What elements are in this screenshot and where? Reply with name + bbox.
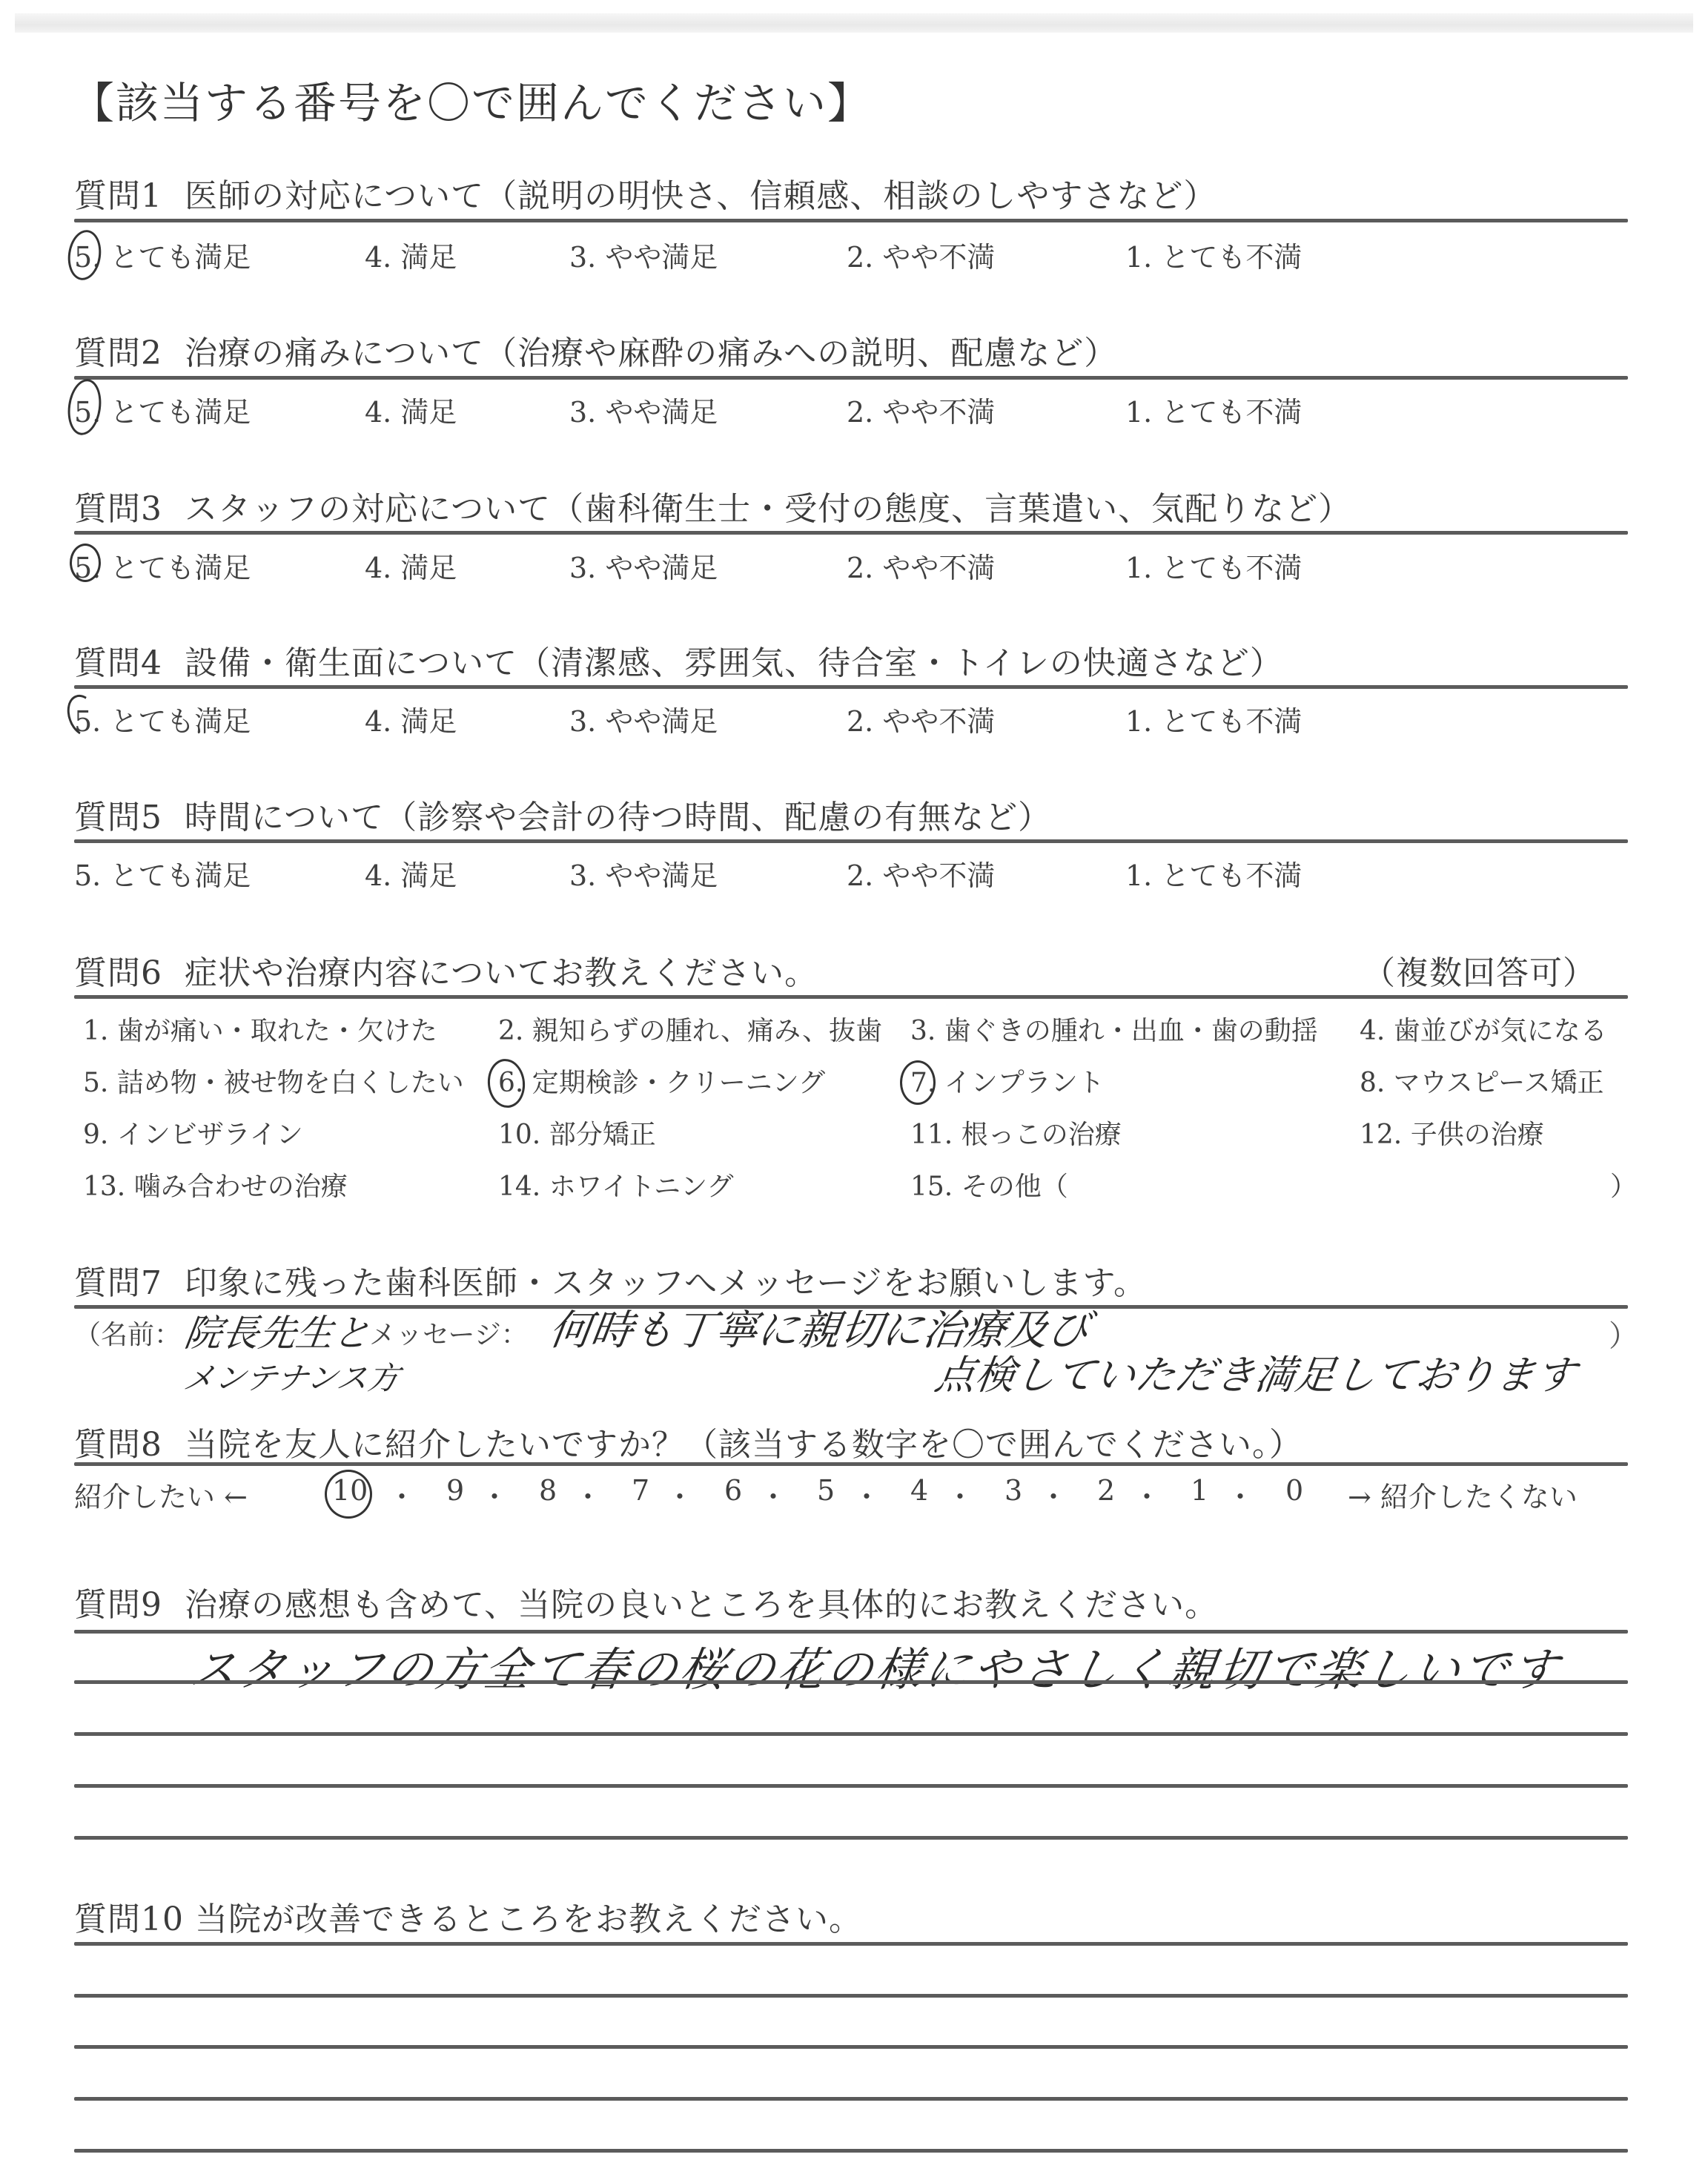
scale-3[interactable]: 3 (1004, 1474, 1022, 1507)
scale-dot: ・ (480, 1474, 509, 1515)
question-2-rule (74, 376, 1628, 380)
scale-8[interactable]: 8 (539, 1474, 557, 1507)
answer-line (74, 1784, 1628, 1788)
option-5[interactable]: 5. とても満足 (74, 698, 251, 739)
name-handwritten-line2[interactable]: メンテナンス方 (181, 1354, 403, 1398)
q6-item-11[interactable]: 11. 根っこの治療 (910, 1114, 1122, 1152)
option-3[interactable]: 3. やや満足 (569, 234, 718, 275)
scale-right-label: → 紹介したくない (1348, 1474, 1578, 1515)
option-3[interactable]: 3. やや満足 (569, 545, 718, 586)
question-7-heading: 質問7 印象に残った歯科医師・スタッフへメッセージをお願いします。 (74, 1256, 1147, 1304)
question-text: 症状や治療内容についてお教えください。 (185, 954, 818, 992)
q6-item-10[interactable]: 10. 部分矯正 (498, 1114, 656, 1152)
message-label: メッセージ： (369, 1314, 528, 1352)
option-3[interactable]: 3. やや満足 (569, 698, 718, 739)
question-2-heading: 質問2 治療の痛みについて（治療や麻酔の痛みへの説明、配慮など） (74, 326, 1117, 374)
q6-item-5[interactable]: 5. 詰め物・被せ物を白くしたい (83, 1062, 464, 1100)
option-3[interactable]: 3. やや満足 (569, 389, 718, 430)
question-label: 質問6 (74, 954, 162, 992)
option-1[interactable]: 1. とても不満 (1125, 853, 1302, 894)
question-4-heading: 質問4 設備・衛生面について（清潔感、雰囲気、待合室・トイレの快適さなど） (74, 636, 1283, 684)
q6-item-4[interactable]: 4. 歯並びが気になる (1360, 1010, 1607, 1048)
q6-item-6[interactable]: 6. 定期検診・クリーニング (498, 1062, 825, 1100)
question-text: 当院が改善できるところをお教えください。 (195, 1900, 862, 1938)
q6-item-1[interactable]: 1. 歯が痛い・取れた・欠けた (83, 1010, 437, 1048)
question-text: 設備・衛生面について（清潔感、雰囲気、待合室・トイレの快適さなど） (185, 644, 1283, 682)
q6-item-15-other[interactable]: 15. その他（ (910, 1166, 1068, 1203)
question-3-rule (74, 531, 1628, 535)
answer-line (74, 1994, 1628, 1998)
option-2[interactable]: 2. やや不満 (847, 698, 995, 739)
q6-item-14[interactable]: 14. ホワイトニング (498, 1166, 733, 1203)
option-2[interactable]: 2. やや不満 (847, 853, 995, 894)
question-text: スタッフの対応について（歯科衛生士・受付の態度、言葉遣い、気配りなど） (185, 490, 1351, 528)
scale-dot: ・ (1133, 1474, 1161, 1515)
option-1[interactable]: 1. とても不満 (1125, 545, 1302, 586)
question-6-heading: 質問6 症状や治療内容についてお教えください。 (74, 946, 818, 994)
scale-4[interactable]: 4 (910, 1474, 928, 1507)
option-3[interactable]: 3. やや満足 (569, 853, 718, 894)
scale-dot: ・ (388, 1474, 416, 1515)
message-handwritten-line2[interactable]: 点検していただき満足しております (932, 1344, 1580, 1401)
q6-item-9[interactable]: 9. インビザライン (83, 1114, 303, 1152)
q6-item-2[interactable]: 2. 親知らずの腫れ、痛み、抜歯 (498, 1010, 882, 1048)
option-1[interactable]: 1. とても不満 (1125, 698, 1302, 739)
q9-handwritten-answer[interactable]: スタッフの方全て春の桜の花の様にやさしく親切で楽しいです (187, 1633, 1566, 1699)
question-text: 治療の感想も含めて、当院の良いところを具体的にお教えください。 (185, 1586, 1218, 1624)
option-5[interactable]: 5. とても満足 (74, 853, 251, 894)
question-9-heading: 質問9 治療の感想も含めて、当院の良いところを具体的にお教えください。 (74, 1578, 1218, 1625)
q6-other-close-paren: ） (1610, 1166, 1637, 1203)
selection-circle-icon (900, 1060, 936, 1105)
option-1[interactable]: 1. とても不満 (1125, 389, 1302, 430)
question-label: 質問1 (74, 177, 162, 215)
q6-item-13[interactable]: 13. 噛み合わせの治療 (83, 1166, 348, 1203)
scale-dot: ・ (1039, 1474, 1067, 1515)
q6-item-12[interactable]: 12. 子供の治療 (1360, 1114, 1544, 1152)
answer-line (74, 2097, 1628, 2101)
scale-dot: ・ (946, 1474, 974, 1515)
answer-line (74, 2149, 1628, 2153)
option-4[interactable]: 4. 満足 (365, 698, 457, 739)
q7-close-paren: ） (1609, 1312, 1638, 1355)
scale-6[interactable]: 6 (724, 1474, 742, 1507)
option-4[interactable]: 4. 満足 (365, 545, 457, 586)
answer-line (74, 2045, 1628, 2049)
scale-dot: ・ (574, 1474, 602, 1515)
scale-dot: ・ (666, 1474, 694, 1515)
question-5-rule (74, 839, 1628, 843)
question-label: 質問8 (74, 1426, 162, 1464)
question-8-rule (74, 1462, 1628, 1466)
question-label: 質問10 (74, 1900, 184, 1938)
option-4[interactable]: 4. 満足 (365, 853, 457, 894)
instruction-title: 【該当する番号を〇で囲んでください】 (71, 68, 872, 131)
scale-5[interactable]: 5 (817, 1474, 835, 1507)
q6-item-7[interactable]: 7. インプラント (910, 1062, 1105, 1100)
option-4[interactable]: 4. 満足 (365, 389, 457, 430)
scale-2[interactable]: 2 (1097, 1474, 1115, 1507)
option-4[interactable]: 4. 満足 (365, 234, 457, 275)
question-6-rule (74, 995, 1628, 999)
selection-circle-icon (70, 544, 101, 582)
question-4-rule (74, 685, 1628, 689)
question-1-rule (74, 219, 1628, 222)
answer-line (74, 1680, 1628, 1684)
question-label: 質問2 (74, 334, 162, 372)
option-2[interactable]: 2. やや不満 (847, 389, 995, 430)
scale-dot: ・ (759, 1474, 787, 1515)
name-label: （名前： (74, 1314, 181, 1352)
scale-dot: ・ (853, 1474, 881, 1515)
recommend-scale: 紹介したい ← 10 ・ 9 ・ 8 ・ 7 ・ 6 ・ 5 ・ 4 ・ 3 ・… (74, 1474, 1631, 1519)
multiple-answers-note: （複数回答可） (1363, 946, 1596, 994)
scale-0[interactable]: 0 (1285, 1474, 1303, 1507)
question-1-heading: 質問1 医師の対応について（説明の明快さ、信頼感、相談のしやすさなど） (74, 169, 1217, 217)
scale-dot: ・ (1226, 1474, 1254, 1515)
scan-top-edge (15, 13, 1693, 33)
answer-line (74, 1836, 1628, 1840)
question-text: 時間について（診察や会計の待つ時間、配慮の有無など） (185, 799, 1051, 836)
question-label: 質問5 (74, 799, 162, 836)
question-3-heading: 質問3 スタッフの対応について（歯科衛生士・受付の態度、言葉遣い、気配りなど） (74, 482, 1351, 529)
question-10-heading: 質問10 当院が改善できるところをお教えください。 (74, 1892, 862, 1940)
scale-9[interactable]: 9 (446, 1474, 464, 1507)
question-label: 質問9 (74, 1586, 162, 1624)
question-text: 当院を友人に紹介したいですか？（該当する数字を〇で囲んでください。） (185, 1426, 1302, 1464)
selection-circle-icon (325, 1470, 372, 1519)
scale-7[interactable]: 7 (632, 1474, 649, 1507)
question-5-heading: 質問5 時間について（診察や会計の待つ時間、配慮の有無など） (74, 790, 1051, 838)
option-2[interactable]: 2. やや不満 (847, 234, 995, 275)
question-text: 医師の対応について（説明の明快さ、信頼感、相談のしやすさなど） (185, 177, 1217, 215)
scale-1[interactable]: 1 (1191, 1474, 1208, 1507)
question-label: 質問4 (74, 644, 162, 682)
question-text: 治療の痛みについて（治療や麻酔の痛みへの説明、配慮など） (185, 334, 1117, 372)
option-1[interactable]: 1. とても不満 (1125, 234, 1302, 275)
q6-item-8[interactable]: 8. マウスピース矯正 (1360, 1062, 1603, 1100)
question-label: 質問7 (74, 1264, 162, 1302)
answer-line (74, 1942, 1628, 1946)
question-text: 印象に残った歯科医師・スタッフへメッセージをお願いします。 (185, 1264, 1147, 1302)
answer-line (74, 1732, 1628, 1736)
scale-left-label: 紹介したい ← (74, 1474, 248, 1515)
q6-item-3[interactable]: 3. 歯ぐきの腫れ・出血・歯の動揺 (910, 1010, 1318, 1048)
question-label: 質問3 (74, 490, 162, 528)
option-2[interactable]: 2. やや不満 (847, 545, 995, 586)
question-8-heading: 質問8 当院を友人に紹介したいですか？（該当する数字を〇で囲んでください。） (74, 1418, 1302, 1465)
name-handwritten[interactable]: 院長先生と (182, 1304, 374, 1357)
